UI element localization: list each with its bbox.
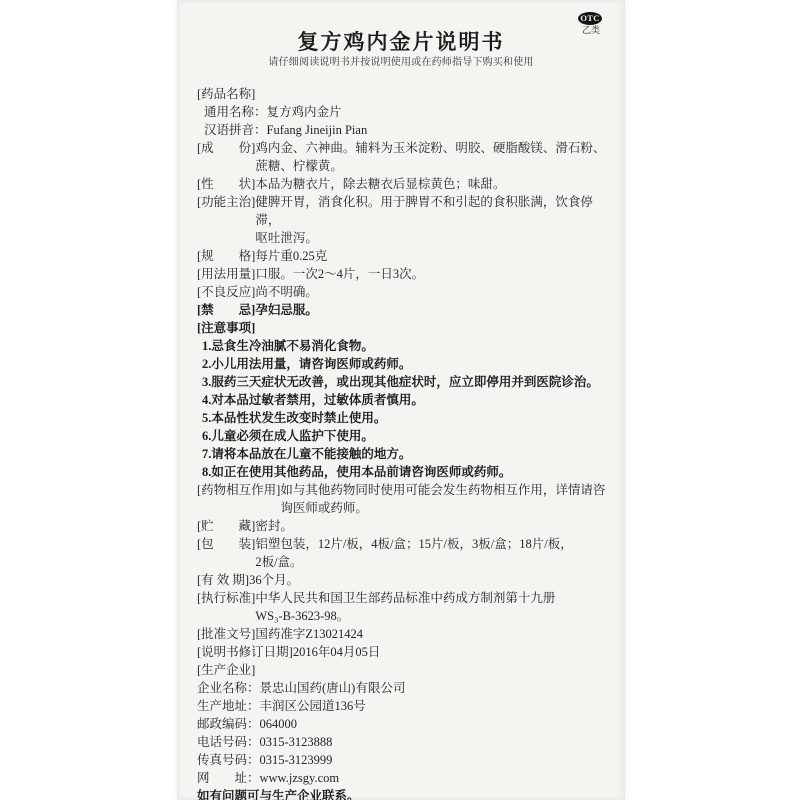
website-line: 网 址：www.jzsgy.com [197,769,617,787]
field-text: 中华人民共和国卫生部药品标准中药成方制剂第十九册 WS₃-B-3623-98。 [255,589,617,625]
description-field: [性 状] 本品为糖衣片，除去糖衣后显棕黄色；味甜。 [197,175,617,193]
precaution-item-3: 3.服药三天症状无改善，或出现其他症状时，应立即停用并到医院诊治。 [197,373,617,391]
drug-interactions-field: [药物相互作用] 如与其他药物同时使用可能会发生药物相互作用，详情请咨 询医师或… [197,481,617,517]
field-text: 6.儿童必须在成人监护下使用。 [202,427,617,445]
field-label: [包 装] [197,535,255,553]
field-text: 4.对本品过敏者禁用，过敏体质者慎用。 [202,391,617,409]
dosage-field: [用法用量] 口服。一次2～4片，一日3次。 [197,265,617,283]
field-text: 企业名称：景忠山国药(唐山)有限公司 [197,679,617,697]
field-label: [规 格] [197,247,255,265]
drug-name-section-label: [药品名称] [197,85,617,103]
field-text: 邮政编码：064000 [197,715,617,733]
field-label: [有 效 期] [197,571,249,589]
field-text: 7.请将本品放在儿童不能接触的地方。 [202,445,617,463]
field-label: [成 份] [197,139,255,157]
field-label: [功能主治] [197,193,255,211]
storage-field: [贮 藏] 密封。 [197,517,617,535]
field-text: 8.如正在使用其他药品，使用本品前请咨询医师或药师。 [202,463,617,481]
field-text: 36个月。 [249,571,617,589]
approval-number-field: [批准文号] 国药准字Z13021424 [197,625,617,643]
field-label: [不良反应] [197,283,255,301]
address-line: 生产地址：丰润区公园道136号 [197,697,617,715]
field-text: 密封。 [255,517,617,535]
page-title: 复方鸡内金片说明书 [177,31,625,54]
leaflet-paper: OTC 乙类 复方鸡内金片说明书 请仔细阅读说明书并按说明使用或在药师指导下购买… [177,0,625,800]
field-text: 通用名称：复方鸡内金片 [204,103,617,121]
field-label: [禁 忌] [197,301,255,319]
field-text: 铝塑包装，12片/板，4板/盒；15片/板，3板/盒；18片/板， 2板/盒。 [255,535,617,571]
field-text: 2.小儿用法用量，请咨询医师或药师。 [202,355,617,373]
otc-mark-block: OTC 乙类 [578,12,604,36]
field-text: 网 址：www.jzsgy.com [197,769,617,787]
field-text: 电话号码：0315-3123888 [197,733,617,751]
precaution-item-6: 6.儿童必须在成人监护下使用。 [197,427,617,445]
execution-standard-field: [执行标准] 中华人民共和国卫生部药品标准中药成方制剂第十九册 WS₃-B-36… [197,589,617,625]
revision-date-field: [说明书修订日期] 2016年04月05日 [197,643,617,661]
precaution-item-7: 7.请将本品放在儿童不能接触的地方。 [197,445,617,463]
specification-field: [规 格] 每片重0.25克 [197,247,617,265]
leaflet-photo: { "otc": { "mark": "OTC", "class_label":… [0,0,800,800]
precaution-item-5: 5.本品性状发生改变时禁止使用。 [197,409,617,427]
field-text: 如有问题可与生产企业联系。 [197,787,617,800]
leaflet-body: [药品名称] 通用名称：复方鸡内金片 汉语拼音：Fufang Jineijin … [177,85,625,800]
precaution-item-1: 1.忌食生冷油腻不易消化食物。 [197,337,617,355]
indications-field: [功能主治] 健脾开胃，消食化积。用于脾胃不和引起的食积胀满，饮食停滞， 呕吐泄… [197,193,617,247]
ingredients-field: [成 份] 鸡内金、六神曲。辅料为玉米淀粉、明胶、硬脂酸镁、滑石粉、 蔗糖、柠檬… [197,139,617,175]
field-label: [药品名称] [197,85,255,103]
field-text: 汉语拼音：Fufang Jineijin Pian [204,121,617,139]
field-label: [药物相互作用] [197,481,280,499]
company-name-line: 企业名称：景忠山国药(唐山)有限公司 [197,679,617,697]
generic-name-line: 通用名称：复方鸡内金片 [197,103,617,121]
field-text: 国药准字Z13021424 [255,625,617,643]
field-label: [批准文号] [197,625,255,643]
field-text: 每片重0.25克 [255,247,617,265]
contact-note-line: 如有问题可与生产企业联系。 [197,787,617,800]
pinyin-line: 汉语拼音：Fufang Jineijin Pian [197,121,617,139]
field-label: [生产企业] [197,661,255,679]
field-label: [说明书修订日期] [197,643,293,661]
field-label: [用法用量] [197,265,255,283]
field-text: 本品为糖衣片，除去糖衣后显棕黄色；味甜。 [255,175,617,193]
otc-class-label: 乙类 [578,25,604,36]
packaging-field: [包 装] 铝塑包装，12片/板，4板/盒；15片/板，3板/盒；18片/板， … [197,535,617,571]
field-text: 5.本品性状发生改变时禁止使用。 [202,409,617,427]
field-label: [性 状] [197,175,255,193]
manufacturer-section-label: [生产企业] [197,661,617,679]
field-text: 尚不明确。 [255,283,617,301]
page-subtitle: 请仔细阅读说明书并按说明使用或在药师指导下购买和使用 [177,57,625,69]
field-label: [贮 藏] [197,517,255,535]
field-text: 健脾开胃，消食化积。用于脾胃不和引起的食积胀满，饮食停滞， 呕吐泄泻。 [255,193,617,247]
precautions-section-label: [注意事项] [197,319,617,337]
field-text: 传真号码：0315-3123999 [197,751,617,769]
otc-badge-icon: OTC [578,12,602,25]
precaution-item-4: 4.对本品过敏者禁用，过敏体质者慎用。 [197,391,617,409]
field-text: 1.忌食生冷油腻不易消化食物。 [202,337,617,355]
field-label: [注意事项] [197,319,255,337]
fax-line: 传真号码：0315-3123999 [197,751,617,769]
field-text: 3.服药三天症状无改善，或出现其他症状时，应立即停用并到医院诊治。 [202,373,617,391]
field-text: 孕妇忌服。 [255,301,617,319]
postcode-line: 邮政编码：064000 [197,715,617,733]
adverse-reactions-field: [不良反应] 尚不明确。 [197,283,617,301]
contraindications-field: [禁 忌] 孕妇忌服。 [197,301,617,319]
field-text: 生产地址：丰润区公园道136号 [197,697,617,715]
field-text: 口服。一次2～4片，一日3次。 [255,265,617,283]
field-text: 2016年04月05日 [293,643,617,661]
validity-period-field: [有 效 期] 36个月。 [197,571,617,589]
field-text: 如与其他药物同时使用可能会发生药物相互作用，详情请咨 询医师或药师。 [280,481,617,517]
phone-line: 电话号码：0315-3123888 [197,733,617,751]
precaution-item-2: 2.小儿用法用量，请咨询医师或药师。 [197,355,617,373]
field-label: [执行标准] [197,589,255,607]
precaution-item-8: 8.如正在使用其他药品，使用本品前请咨询医师或药师。 [197,463,617,481]
field-text: 鸡内金、六神曲。辅料为玉米淀粉、明胶、硬脂酸镁、滑石粉、 蔗糖、柠檬黄。 [255,139,617,175]
